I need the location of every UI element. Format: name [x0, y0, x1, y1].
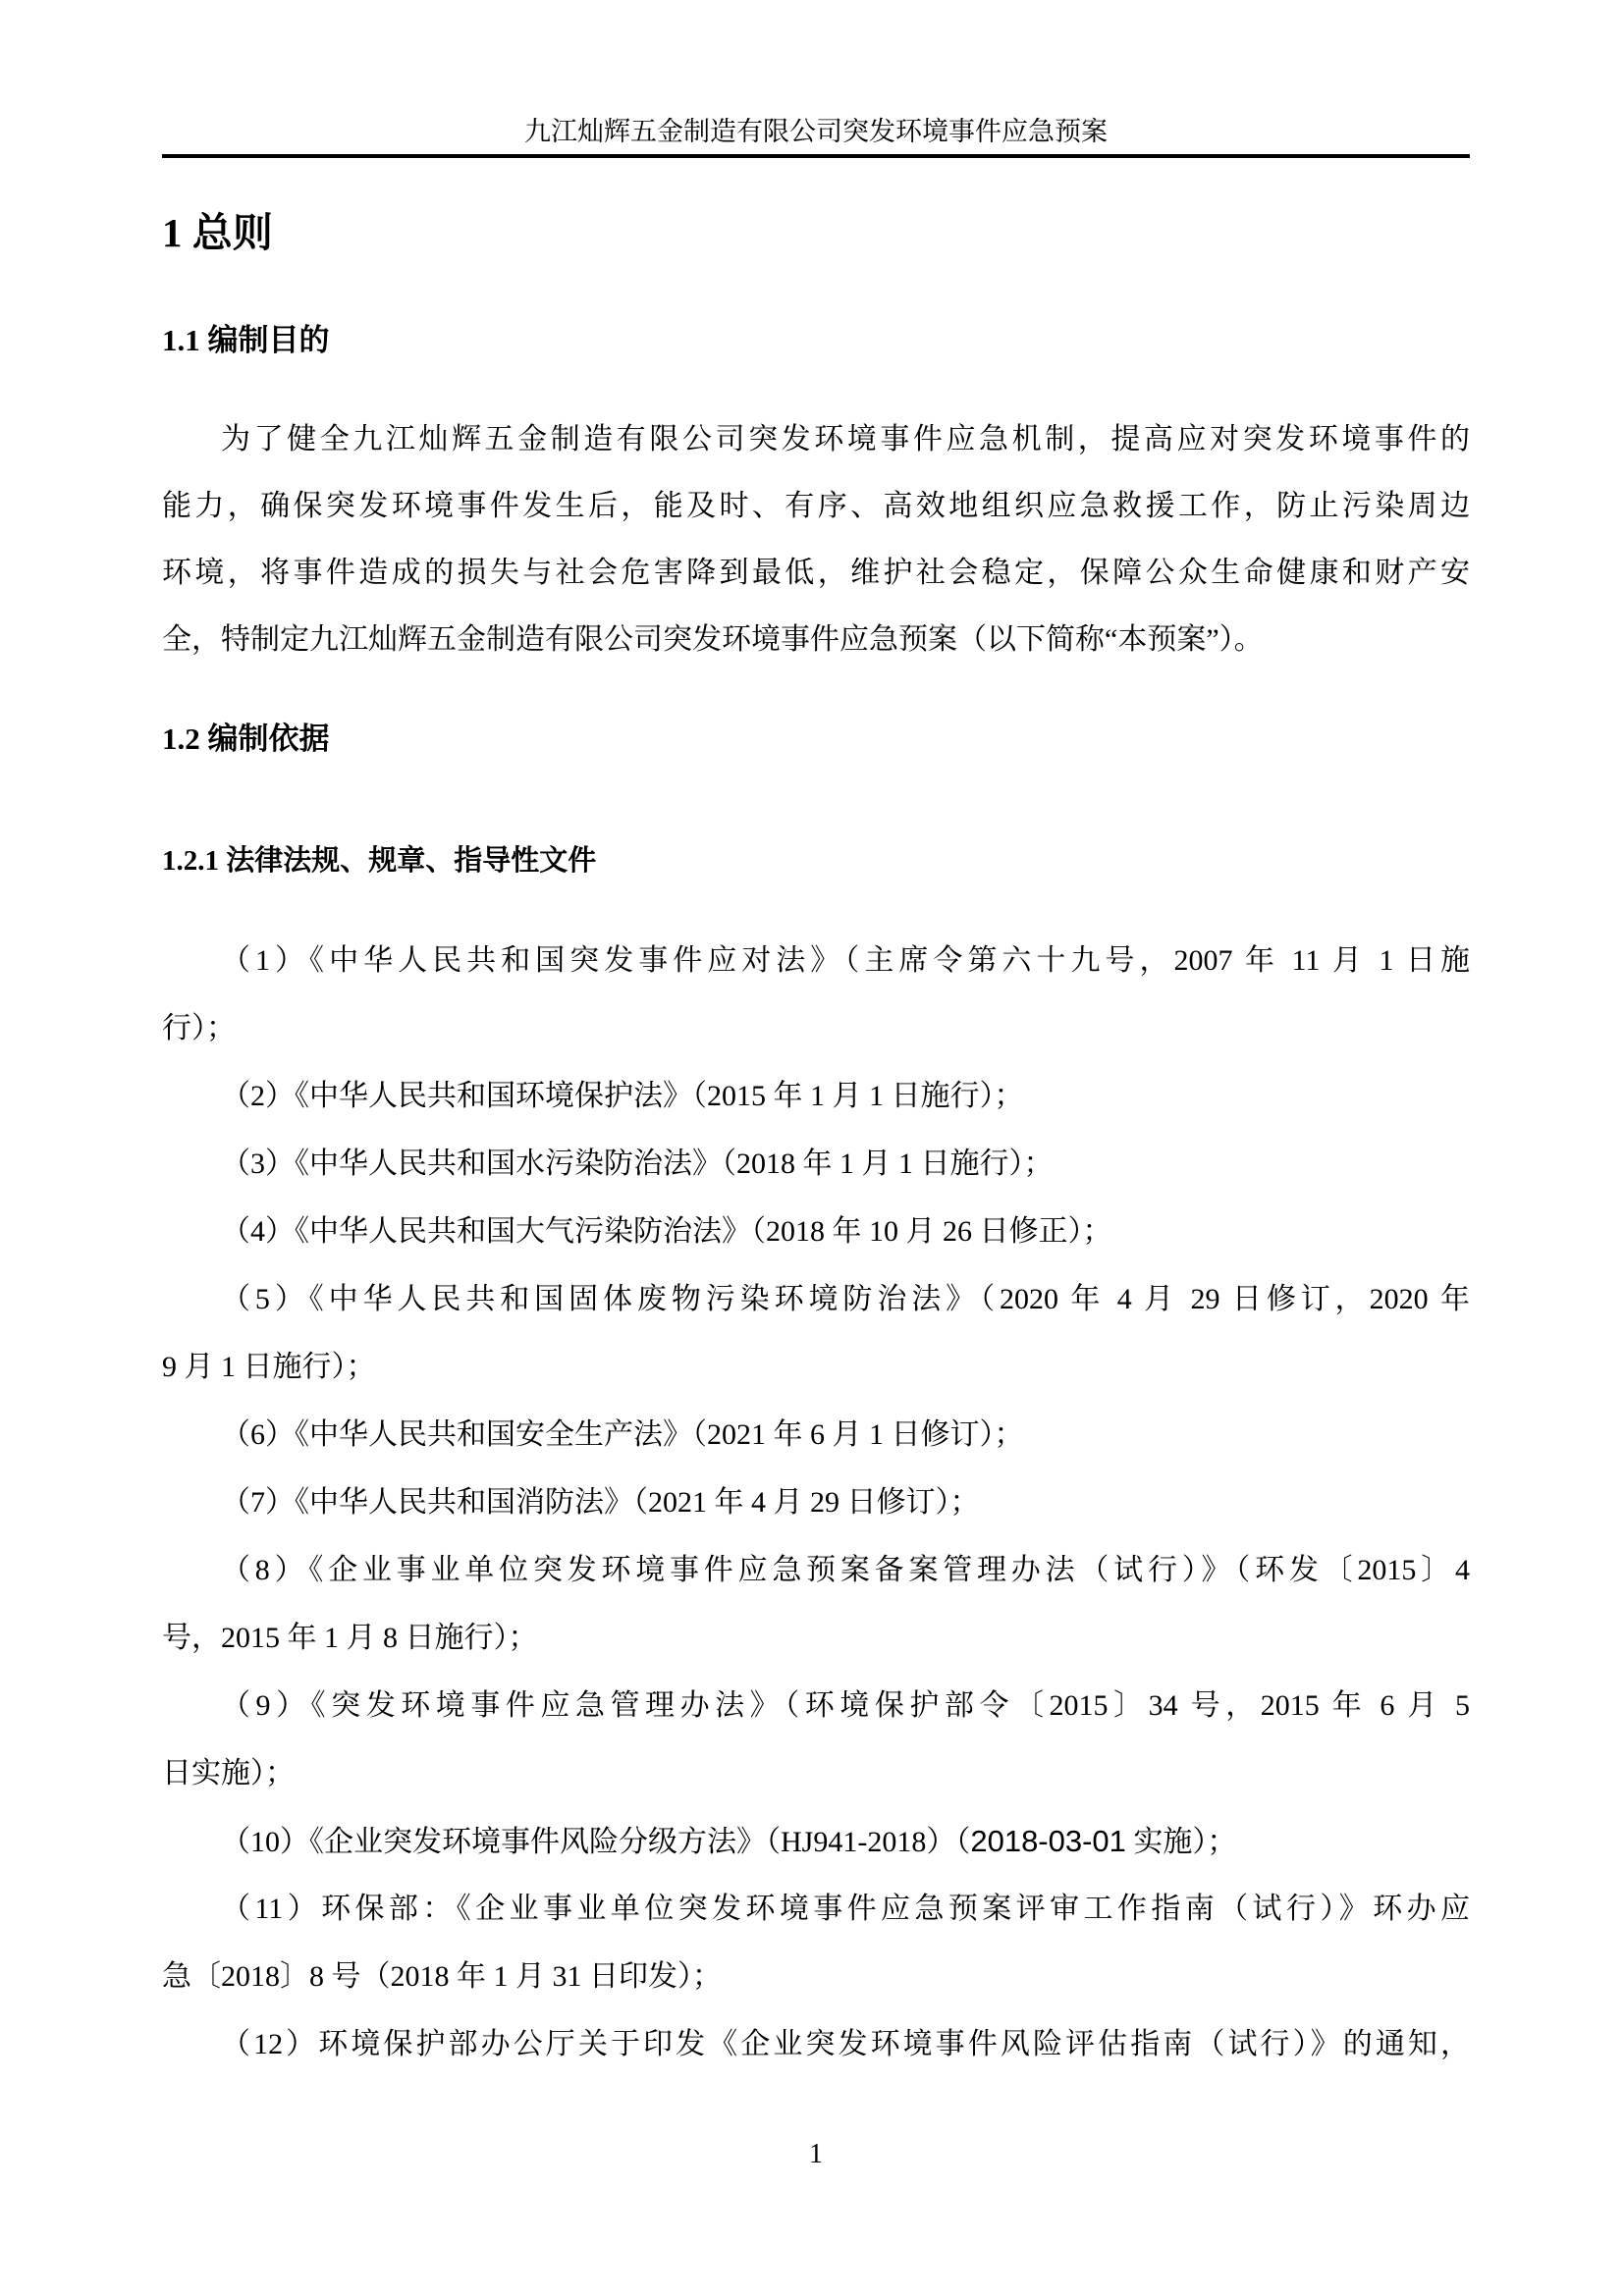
- legal-item-5-line-2: 9 月 1 日施行）；: [162, 1333, 1470, 1401]
- purpose-line-3: 环境，将事件造成的损失与社会危害降到最低，维护社会稳定，保障公众生命健康和财产安: [162, 540, 1470, 607]
- legal-item-10-prefix: （10）《企业突发环境事件风险分级方法》（HJ941-2018）（: [221, 1826, 970, 1858]
- legal-item-12: （12）环境保护部办公厅关于印发《企业突发环境事件风险评估指南（试行）》的通知，: [162, 2010, 1470, 2078]
- purpose-line-1: 为了健全九江灿辉五金制造有限公司突发环境事件应急机制，提高应对突发环境事件的: [162, 406, 1470, 473]
- page-header-title: 九江灿辉五金制造有限公司突发环境事件应急预案: [162, 110, 1470, 153]
- header-rule: [162, 154, 1470, 158]
- legal-item-1-line-2: 行）；: [162, 994, 1470, 1062]
- heading-section-1-1: 1.1 编制目的: [162, 317, 1470, 364]
- legal-item-2: （2）《中华人民共和国环境保护法》（2015 年 1 月 1 日施行）；: [162, 1062, 1470, 1130]
- heading-section-1-2-1: 1.2.1 法律法规、规章、指导性文件: [162, 839, 1470, 882]
- legal-item-4: （4）《中华人民共和国大气污染防治法》（2018 年 10 月 26 日修正）；: [162, 1198, 1470, 1265]
- legal-item-10-suffix: 实施）；: [1126, 1826, 1237, 1858]
- legal-item-1-line-1: （1）《中华人民共和国突发事件应对法》（主席令第六十九号，2007 年 11 月…: [162, 927, 1470, 994]
- legal-item-9-line-1: （9）《突发环境事件应急管理办法》（环境保护部令〔2015〕34 号，2015 …: [162, 1672, 1470, 1739]
- legal-item-11-line-2: 急〔2018〕8 号（2018 年 1 月 31 日印发）；: [162, 1943, 1470, 2010]
- legal-item-3: （3）《中华人民共和国水污染防治法》（2018 年 1 月 1 日施行）；: [162, 1130, 1470, 1198]
- purpose-line-4: 全，特制定九江灿辉五金制造有限公司突发环境事件应急预案（以下简称“本预案”）。: [162, 607, 1470, 673]
- legal-item-10-date: 2018-03-01: [970, 1824, 1126, 1858]
- content-column: 九江灿辉五金制造有限公司突发环境事件应急预案 1 总则 1.1 编制目的 为了健…: [162, 0, 1470, 2296]
- purpose-line-2: 能力，确保突发环境事件发生后，能及时、有序、高效地组织应急救援工作，防止污染周边: [162, 473, 1470, 540]
- page-number: 1: [162, 2134, 1470, 2175]
- heading-section-1-2: 1.2 编制依据: [162, 716, 1470, 763]
- legal-item-8-line-2: 号，2015 年 1 月 8 日施行）；: [162, 1604, 1470, 1672]
- legal-item-9-line-2: 日实施）；: [162, 1739, 1470, 1807]
- legal-item-7: （7）《中华人民共和国消防法》（2021 年 4 月 29 日修订）；: [162, 1468, 1470, 1536]
- legal-item-11-line-1: （11）环保部：《企业事业单位突发环境事件应急预案评审工作指南（试行）》环办应: [162, 1875, 1470, 1943]
- legal-item-8-line-1: （8）《企业事业单位突发环境事件应急预案备案管理办法（试行）》（环发〔2015〕…: [162, 1536, 1470, 1604]
- legal-item-6: （6）《中华人民共和国安全生产法》（2021 年 6 月 1 日修订）；: [162, 1401, 1470, 1468]
- legal-item-10: （10）《企业突发环境事件风险分级方法》（HJ941-2018）（2018-03…: [162, 1807, 1470, 1876]
- document-page: 九江灿辉五金制造有限公司突发环境事件应急预案 1 总则 1.1 编制目的 为了健…: [0, 0, 1624, 2296]
- heading-chapter-1: 1 总则: [162, 201, 1470, 264]
- legal-item-5-line-1: （5）《中华人民共和国固体废物污染环境防治法》（2020 年 4 月 29 日修…: [162, 1265, 1470, 1333]
